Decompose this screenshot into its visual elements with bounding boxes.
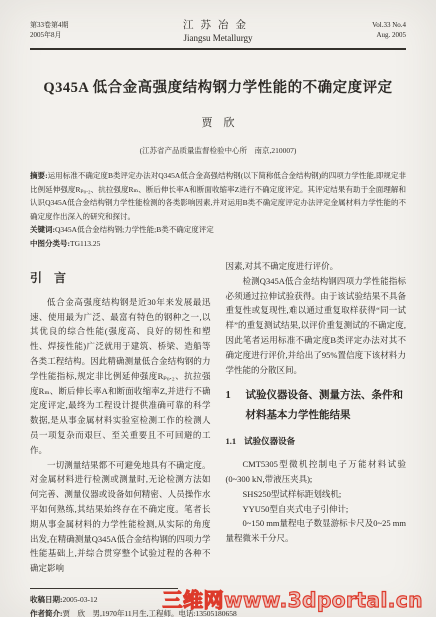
introduction-heading: 引 言 [30,271,211,286]
keywords-text: Q345A低合金结构钢;力学性能;B类不确定度评定 [55,225,214,234]
article-title: Q345A 低合金高强度结构钢力学性能的不确定度评定 [30,76,406,97]
volume-block: Vol.33 No.4 Aug. 2005 [314,20,406,40]
footnote-divider [30,588,178,589]
left-column: 引 言 低合金高强度结构钢是近30年来发展最迅速、使用最为广泛、最富有特色的钢种… [30,259,211,576]
received-date-label: 收稿日期: [30,595,63,604]
keywords-line: 关键词:Q345A低合金结构钢;力学性能;B类不确定度评定 [30,223,406,237]
right-column: 因素,对其不确定度进行评价。 检测Q345A低合金结构钢四项力学性能指标必须通过… [226,259,407,576]
equipment-item: 0~150 mm量程电子数显游标卡尺及0~25 mm量程微米千分尺。 [226,516,407,546]
site-watermark: 三维网www.3dportal.cn [162,584,423,613]
journal-name-block: 江苏冶金 Jiangsu Metallurgy [122,20,314,44]
section-1-title: 试验仪器设备、测量方法、条件和材料基本力学性能结果 [246,390,404,421]
equipment-item: SHS250型试样标距划线机; [226,487,407,502]
volume-number: Vol.33 No.4 [314,20,406,30]
continuation-line: 因素,对其不确定度进行评价。 [226,259,407,274]
page-content: 第33卷第4期 2005年8月 江苏冶金 Jiangsu Metallurgy … [0,0,436,617]
affiliation: (江苏省产品质量监督检验中心所 南京,210007) [30,145,406,156]
equipment-item: YYU50型自夹式电子引伸计; [226,502,407,517]
body-paragraph: 检测Q345A低合金结构钢四项力学性能指标必须通过拉伸试验获得。由于该试验结果不… [226,274,407,378]
journal-page-scan: 第33卷第4期 2005年8月 江苏冶金 Jiangsu Metallurgy … [0,0,436,617]
clc-label: 中图分类号: [30,239,70,248]
equipment-item: CMT5305型微机控制电子万能材料试验(0~300 kN,带液压夹具); [226,457,407,487]
journal-header: 第33卷第4期 2005年8月 江苏冶金 Jiangsu Metallurgy … [30,20,406,50]
section-1-1-number: 1.1 [226,436,237,446]
publication-date: Aug. 2005 [314,30,406,40]
author-bio-label: 作者简介: [30,609,63,617]
journal-name-cn: 江苏冶金 [122,20,314,32]
received-date-value: 2005-03-12 [63,595,98,604]
abstract-paragraph: 摘要:运用标准不确定度B类评定办法对Q345A低合金高强结构钢(以下简称低合金结… [30,169,406,223]
section-1-number: 1 [226,386,231,406]
journal-name-en: Jiangsu Metallurgy [122,32,314,44]
issue-date: 2005年8月 [30,30,122,40]
issue-block: 第33卷第4期 2005年8月 [30,20,122,40]
two-column-body: 引 言 低合金高强度结构钢是近30年来发展最迅速、使用最为广泛、最富有特色的钢种… [30,259,406,576]
section-1-1-title: 试验仪器设备 [244,436,295,446]
abstract-label: 摘要: [30,171,48,180]
clc-text: TG113.25 [70,239,100,248]
issue-volume: 第33卷第4期 [30,20,122,30]
author-name: 贾 欣 [30,114,406,130]
introduction-paragraph-1: 低合金高强度结构钢是近30年来发展最迅速、使用最为广泛、最富有特色的钢种之一,以… [30,295,211,458]
clc-line: 中图分类号:TG113.25 [30,237,406,251]
section-1-1-heading: 1.1试验仪器设备 [226,434,407,449]
keywords-label: 关键词: [30,225,55,234]
section-1-heading: 1试验仪器设备、测量方法、条件和材料基本力学性能结果 [226,386,407,426]
introduction-paragraph-2: 一切测量结果都不可避免地具有不确定度。对金属材料进行检测或测量时,无论检测方法如… [30,458,211,576]
abstract-text: 运用标准不确定度B类评定办法对Q345A低合金高强结构钢(以下简称低合金结构钢)… [30,171,406,221]
